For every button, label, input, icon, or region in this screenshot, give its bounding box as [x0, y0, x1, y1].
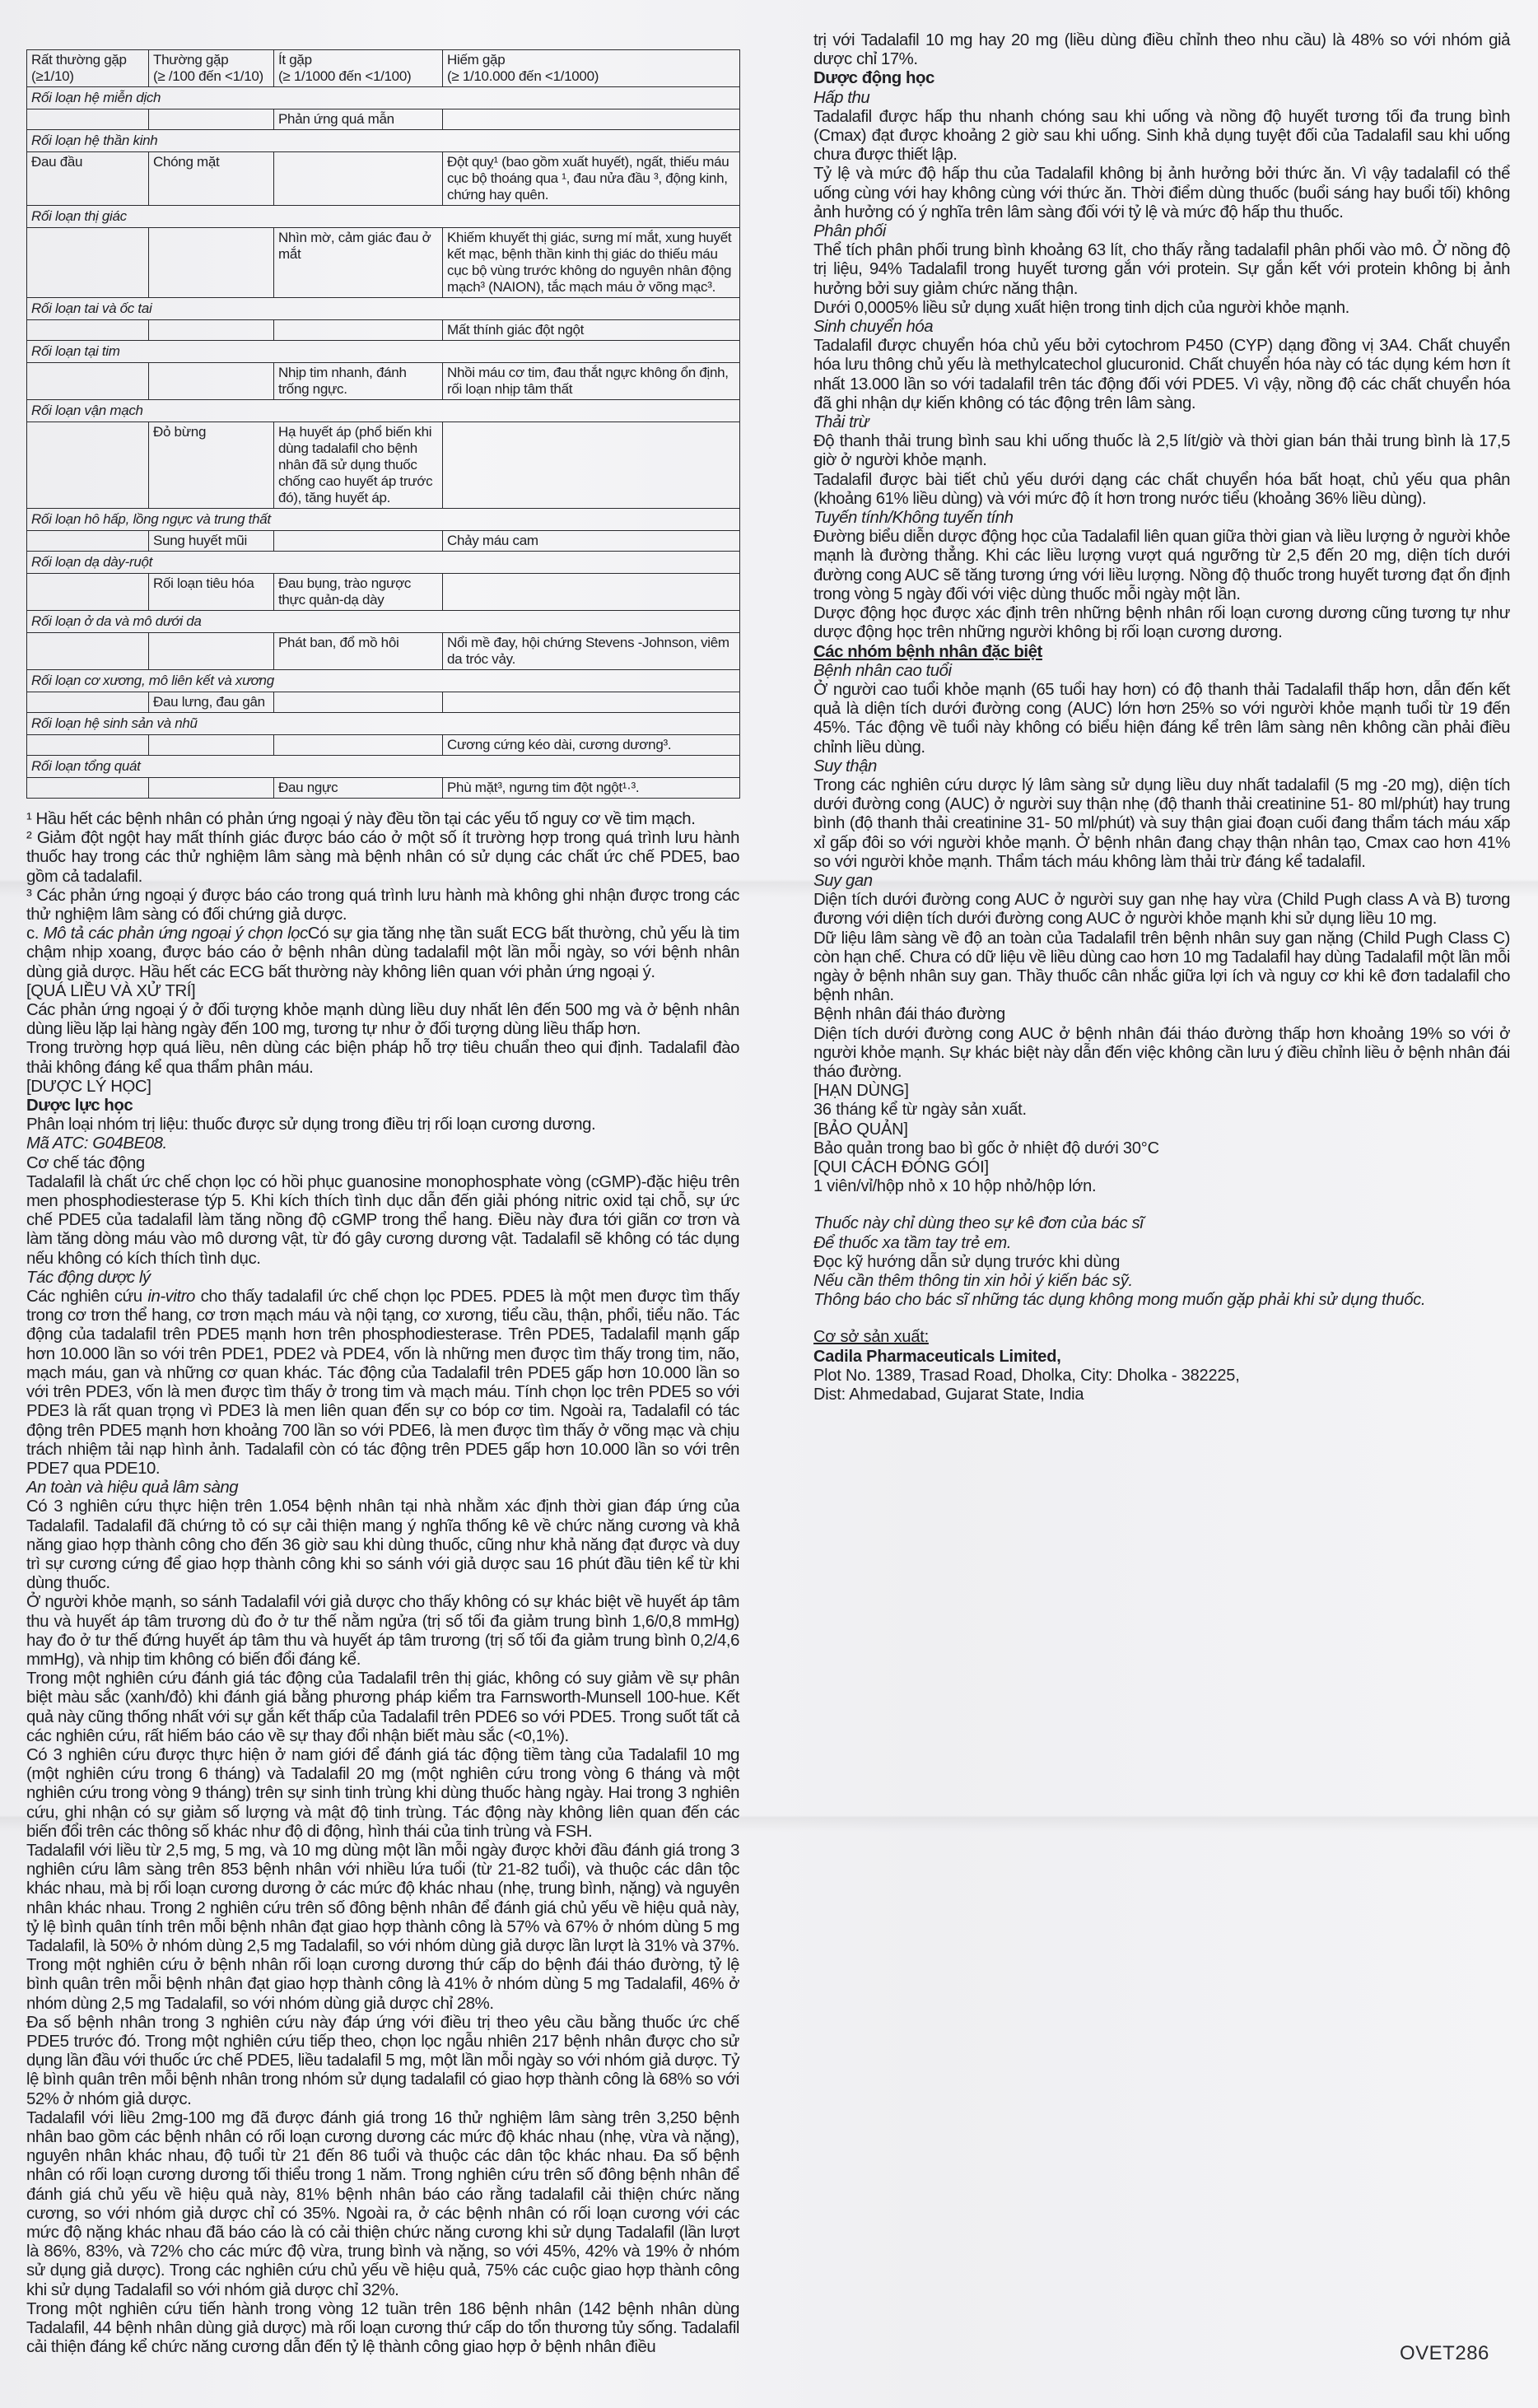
- manufacturer-address-1: Plot No. 1389, Trasad Road, Dholka, City…: [813, 1367, 1510, 1386]
- table-cell: [27, 531, 149, 552]
- category-label: Rối loạn cơ xương, mô liên kết và xương: [27, 670, 740, 692]
- header-rare: Hiếm gặp(≥ 1/10.000 đến <1/1000): [443, 50, 740, 87]
- table-cell: [274, 531, 443, 552]
- table-cell: Phản ứng quá mẫn: [274, 109, 443, 130]
- table-row: Nhìn mờ, cảm giác đau ở mắtKhiếm khuyết …: [27, 228, 740, 298]
- category-row: Rối loạn tại tim: [27, 341, 740, 363]
- table-cell: [274, 735, 443, 756]
- left-column: Rất thường gặp(≥1/10) Thường gặp(≥ /100 …: [26, 49, 739, 2357]
- distribution-heading: Phân phối: [813, 222, 1510, 241]
- table-cell: Mất thính giác đột ngột: [443, 320, 740, 341]
- elderly-text: Ở người cao tuổi khỏe mạnh (65 tuổi hay …: [813, 681, 1510, 757]
- table-row: Đỏ bừngHạ huyết áp (phổ biến khi dùng ta…: [27, 422, 740, 509]
- table-cell: [443, 574, 740, 611]
- category-row: Rối loạn tổng quát: [27, 756, 740, 778]
- overdose-text-1: Các phản ứng ngoại ý ở đối tượng khỏe mạ…: [26, 1001, 739, 1039]
- footnote-1: ¹ Hầu hết các bệnh nhân có phản ứng ngoạ…: [26, 810, 739, 829]
- table-cell: Hạ huyết áp (phổ biến khi dùng tadalafil…: [274, 422, 443, 509]
- header-uncommon: Ít gặp(≥ 1/1000 đến <1/100): [274, 50, 443, 87]
- elimination-text-2: Tadalafil được bài tiết chủ yếu dưới dạn…: [813, 471, 1510, 509]
- table-cell: [149, 228, 274, 298]
- clinical-continuation: trị với Tadalafil 10 mg hay 20 mg (liều …: [813, 31, 1510, 69]
- table-header-row: Rất thường gặp(≥1/10) Thường gặp(≥ /100 …: [27, 50, 740, 87]
- shelf-life-text: 36 tháng kể từ ngày sản xuất.: [813, 1101, 1510, 1120]
- table-row: Đau đầuChóng mặtĐột quỵ¹ (bao gồm xuất h…: [27, 152, 740, 206]
- category-row: Rối loạn tai và ốc tai: [27, 298, 740, 320]
- storage-text: Bảo quản trong bao bì gốc ở nhiệt độ dướ…: [813, 1139, 1510, 1158]
- clinical-paragraph: Trong một nghiên cứu tiến hành trong vòn…: [26, 2300, 739, 2358]
- packaging-text: 1 viên/vỉ/hộp nhỏ x 10 hộp nhỏ/hộp lớn.: [813, 1177, 1510, 1196]
- table-cell: [149, 778, 274, 799]
- manufacturer-address-2: Dist: Ahmedabad, Gujarat State, India: [813, 1386, 1510, 1404]
- table-cell: [27, 633, 149, 670]
- table-row: Đau ngựcPhù mặt³, ngưng tim đột ngột¹·³.: [27, 778, 740, 799]
- absorption-text-2: Tỷ lệ và mức độ hấp thu của Tadalafil kh…: [813, 165, 1510, 222]
- warning-line: Đọc kỹ hướng dẫn sử dụng trước khi dùng: [813, 1253, 1510, 1272]
- mechanism-text: Tadalafil là chất ức chế chọn lọc có hồi…: [26, 1173, 739, 1269]
- packaging-heading: [QUI CÁCH ĐÓNG GÓI]: [813, 1158, 1510, 1177]
- category-label: Rối loạn hô hấp, lồng ngực và trung thất: [27, 509, 740, 531]
- table-cell: Chóng mặt: [149, 152, 274, 206]
- table-cell: [149, 735, 274, 756]
- table-cell: [27, 320, 149, 341]
- table-cell: [443, 109, 740, 130]
- metabolism-text: Tadalafil được chuyển hóa chủ yếu bởi cy…: [813, 337, 1510, 413]
- pharmacology-heading: [DƯỢC LÝ HỌC]: [26, 1078, 739, 1097]
- selected-reactions-title: Mô tả các phản ứng ngoại ý chọn lọc: [44, 925, 308, 943]
- clinical-paragraph: Có 3 nghiên cứu thực hiện trên 1.054 bện…: [26, 1497, 739, 1593]
- document-code: OVET286: [1400, 2342, 1489, 2365]
- category-row: Rối loạn hệ sinh sản và nhũ: [27, 713, 740, 735]
- table-cell: Khiếm khuyết thị giác, sưng mí mắt, xung…: [443, 228, 740, 298]
- footnotes: ¹ Hầu hết các bệnh nhân có phản ứng ngoạ…: [26, 810, 739, 925]
- clinical-paragraph: Trong một nghiên cứu đánh giá tác động c…: [26, 1670, 739, 1746]
- table-cell: Rối loạn tiêu hóa: [149, 574, 274, 611]
- table-cell: [443, 692, 740, 713]
- category-row: Rối loạn hệ miễn dịch: [27, 87, 740, 109]
- category-label: Rối loạn hệ sinh sản và nhũ: [27, 713, 740, 735]
- category-label: Rối loạn tại tim: [27, 341, 740, 363]
- table-row: Sung huyết mũiChảy máu cam: [27, 531, 740, 552]
- special-populations-heading: Các nhóm bệnh nhân đặc biệt: [813, 643, 1510, 662]
- clinical-paragraph: Có 3 nghiên cứu được thực hiện ở nam giớ…: [26, 1746, 739, 1842]
- category-label: Rối loạn hệ thần kinh: [27, 130, 740, 152]
- clinical-paragraphs: Có 3 nghiên cứu thực hiện trên 1.054 bện…: [26, 1497, 739, 2357]
- table-cell: [274, 320, 443, 341]
- table-cell: Chảy máu cam: [443, 531, 740, 552]
- table-cell: [27, 109, 149, 130]
- clinical-paragraph: Ở người khỏe mạnh, so sánh Tadalafil với…: [26, 1593, 739, 1670]
- clinical-heading: An toàn và hiệu quả lâm sàng: [26, 1479, 739, 1497]
- category-label: Rối loạn ở da và mô dưới da: [27, 611, 740, 633]
- table-cell: Đau bụng, trào ngược thực quản-dạ dày: [274, 574, 443, 611]
- table-cell: [149, 633, 274, 670]
- table-cell: Nhồi máu cơ tim, đau thắt ngực không ổn …: [443, 363, 740, 400]
- table-cell: [27, 778, 149, 799]
- effects-text: Các nghiên cứu in-vitro cho thấy tadalaf…: [26, 1288, 739, 1479]
- table-cell: Phát ban, đổ mồ hôi: [274, 633, 443, 670]
- category-row: Rối loạn hệ thần kinh: [27, 130, 740, 152]
- category-row: Rối loạn thị giác: [27, 206, 740, 228]
- warning-line: Thuốc này chỉ dùng theo sự kê đơn của bá…: [813, 1214, 1510, 1233]
- therapeutic-class: Phân loại nhóm trị liệu: thuốc được sử d…: [26, 1116, 739, 1134]
- table-row: Mất thính giác đột ngột: [27, 320, 740, 341]
- table-row: Cương cứng kéo dài, cương dương³.: [27, 735, 740, 756]
- linearity-heading: Tuyến tính/Không tuyến tính: [813, 509, 1510, 528]
- table-cell: [149, 363, 274, 400]
- absorption-text-1: Tadalafil được hấp thu nhanh chóng sau k…: [813, 108, 1510, 165]
- table-cell: [443, 422, 740, 509]
- shelf-life-heading: [HẠN DÙNG]: [813, 1082, 1510, 1101]
- category-row: Rối loạn vận mạch: [27, 400, 740, 422]
- warning-line: Thông báo cho bác sĩ những tác dụng khôn…: [813, 1291, 1510, 1310]
- category-row: Rối loạn cơ xương, mô liên kết và xương: [27, 670, 740, 692]
- mechanism-heading: Cơ chế tác động: [26, 1154, 739, 1173]
- effects-heading: Tác động dược lý: [26, 1269, 739, 1288]
- linearity-text-2: Dược động học được xác định trên những b…: [813, 604, 1510, 642]
- warning-line: Để thuốc xa tầm tay trẻ em.: [813, 1234, 1510, 1253]
- clinical-paragraph: Tadalafil với liều 2mg-100 mg đã được đá…: [26, 2109, 739, 2300]
- table-cell: Đau lưng, đau gân: [149, 692, 274, 713]
- manufacturer-label: Cơ sở sản xuất:: [813, 1328, 1510, 1347]
- elderly-heading: Bệnh nhân cao tuổi: [813, 662, 1510, 681]
- table-cell: Nổi mề đay, hội chứng Stevens -Johnson, …: [443, 633, 740, 670]
- table-cell: [27, 422, 149, 509]
- category-label: Rối loạn dạ dày-ruột: [27, 552, 740, 574]
- table-cell: Đau đầu: [27, 152, 149, 206]
- overdose-text-2: Trong trường hợp quá liều, nên dùng các …: [26, 1039, 739, 1077]
- table-row: Phát ban, đổ mồ hôiNổi mề đay, hội chứng…: [27, 633, 740, 670]
- manufacturer-block: Cơ sở sản xuất: Cadila Pharmaceuticals L…: [813, 1328, 1510, 1404]
- elimination-heading: Thải trừ: [813, 413, 1510, 432]
- table-cell: [149, 109, 274, 130]
- hepatic-heading: Suy gan: [813, 872, 1510, 891]
- footnote-3: ³ Các phản ứng ngoại ý được báo cáo tron…: [26, 887, 739, 925]
- footnote-2: ² Giảm đột ngột hay mất thính giác được …: [26, 829, 739, 887]
- warnings: Thuốc này chỉ dùng theo sự kê đơn của bá…: [813, 1214, 1510, 1310]
- storage-heading: [BẢO QUẢN]: [813, 1120, 1510, 1139]
- table-cell: Sung huyết mũi: [149, 531, 274, 552]
- category-row: Rối loạn dạ dày-ruột: [27, 552, 740, 574]
- category-label: Rối loạn tai và ốc tai: [27, 298, 740, 320]
- table-cell: Phù mặt³, ngưng tim đột ngột¹·³.: [443, 778, 740, 799]
- category-label: Rối loạn vận mạch: [27, 400, 740, 422]
- table-row: Rối loạn tiêu hóaĐau bụng, trào ngược th…: [27, 574, 740, 611]
- table-cell: Đau ngực: [274, 778, 443, 799]
- absorption-heading: Hấp thu: [813, 89, 1510, 108]
- distribution-text-1: Thể tích phân phối trung bình khoảng 63 …: [813, 241, 1510, 299]
- diabetes-text: Diện tích dưới đường cong AUC ở bệnh nhâ…: [813, 1025, 1510, 1083]
- table-cell: Nhịp tim nhanh, đánh trống ngực.: [274, 363, 443, 400]
- category-row: Rối loạn hô hấp, lồng ngực và trung thất: [27, 509, 740, 531]
- header-very-common: Rất thường gặp(≥1/10): [27, 50, 149, 87]
- category-row: Rối loạn ở da và mô dưới da: [27, 611, 740, 633]
- hepatic-text-2: Dữ liệu lâm sàng về độ an toàn của Tadal…: [813, 929, 1510, 1006]
- table-cell: Nhìn mờ, cảm giác đau ở mắt: [274, 228, 443, 298]
- table-cell: Cương cứng kéo dài, cương dương³.: [443, 735, 740, 756]
- distribution-text-2: Dưới 0,0005% liều sử dụng xuất hiện tron…: [813, 299, 1510, 318]
- metabolism-heading: Sinh chuyển hóa: [813, 318, 1510, 337]
- elimination-text-1: Độ thanh thải trung bình sau khi uống th…: [813, 432, 1510, 470]
- pharmacokinetics-heading: Dược động học: [813, 69, 1510, 88]
- table-cell: [149, 320, 274, 341]
- renal-text: Trong các nghiên cứu dược lý lâm sàng sử…: [813, 776, 1510, 872]
- table-cell: [27, 228, 149, 298]
- warning-line: Nếu cần thêm thông tin xin hỏi ý kiến bá…: [813, 1272, 1510, 1291]
- renal-heading: Suy thận: [813, 757, 1510, 776]
- hepatic-text-1: Diện tích dưới đường cong AUC ở người su…: [813, 891, 1510, 929]
- linearity-text-1: Đường biểu diễn dược động học của Tadala…: [813, 528, 1510, 604]
- pharmacodynamics-heading: Dược lực học: [26, 1097, 739, 1116]
- table-row: Đau lưng, đau gân: [27, 692, 740, 713]
- manufacturer-name: Cadila Pharmaceuticals Limited,: [813, 1348, 1510, 1367]
- table-cell: Đỏ bừng: [149, 422, 274, 509]
- table-cell: Đột quỵ¹ (bao gồm xuất huyết), ngất, thi…: [443, 152, 740, 206]
- table-cell: [274, 152, 443, 206]
- category-label: Rối loạn tổng quát: [27, 756, 740, 778]
- header-common: Thường gặp(≥ /100 đến <1/10): [149, 50, 274, 87]
- table-cell: [27, 735, 149, 756]
- adverse-effects-table: Rất thường gặp(≥1/10) Thường gặp(≥ /100 …: [26, 49, 740, 799]
- table-cell: [27, 363, 149, 400]
- category-label: Rối loạn thị giác: [27, 206, 740, 228]
- right-column: trị với Tadalafil 10 mg hay 20 mg (liều …: [813, 31, 1510, 1404]
- clinical-paragraph: Tadalafil với liều từ 2,5 mg, 5 mg, và 1…: [26, 1842, 739, 2014]
- table-cell: [27, 692, 149, 713]
- atc-code: Mã ATC: G04BE08.: [26, 1134, 739, 1153]
- category-label: Rối loạn hệ miễn dịch: [27, 87, 740, 109]
- diabetes-heading: Bệnh nhân đái tháo đường: [813, 1005, 1510, 1024]
- table-row: Nhịp tim nhanh, đánh trống ngực.Nhồi máu…: [27, 363, 740, 400]
- table-row: Phản ứng quá mẫn: [27, 109, 740, 130]
- table-cell: [27, 574, 149, 611]
- selected-reactions: c. Mô tả các phản ứng ngoại ý chọn lọcCó…: [26, 925, 739, 982]
- clinical-paragraph: Đa số bệnh nhân trong 3 nghiên cứu này đ…: [26, 2014, 739, 2109]
- table-cell: [274, 692, 443, 713]
- overdose-heading: [QUÁ LIỀU VÀ XỬ TRÍ]: [26, 982, 739, 1001]
